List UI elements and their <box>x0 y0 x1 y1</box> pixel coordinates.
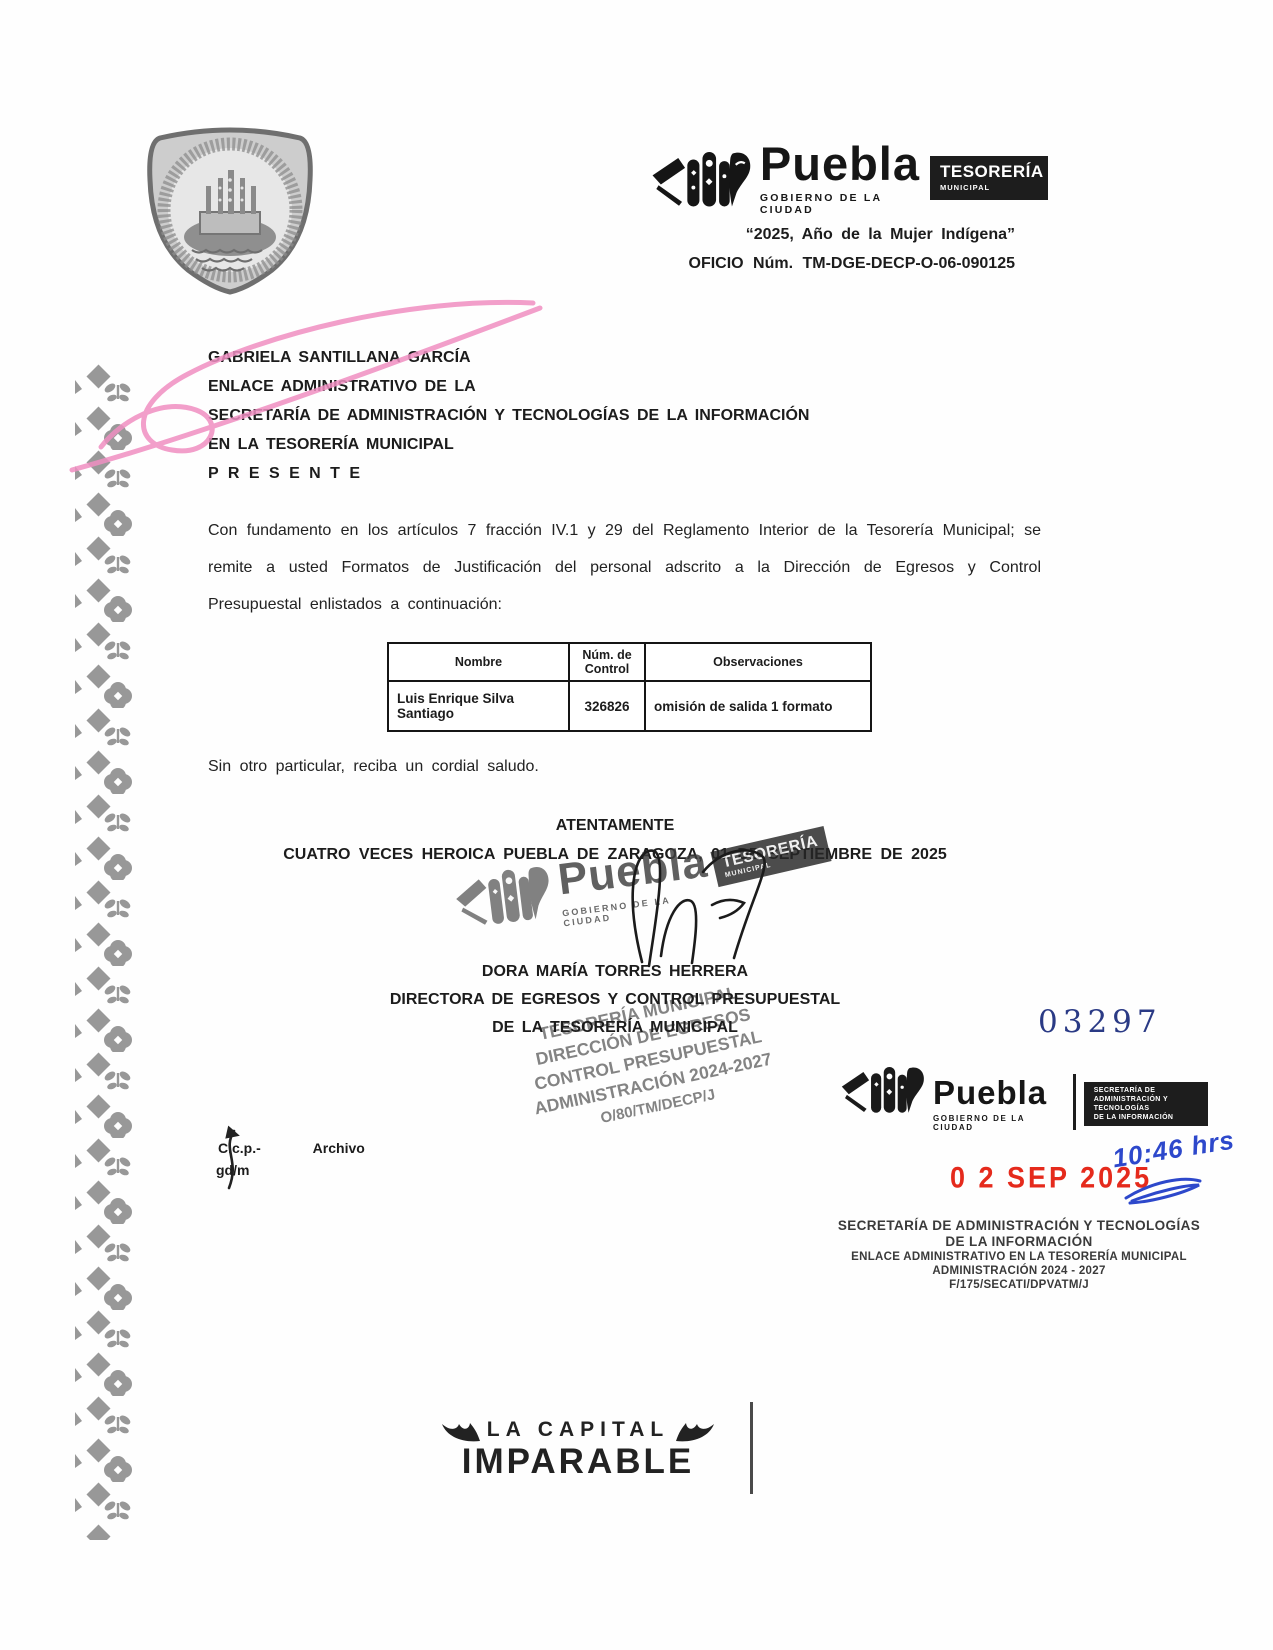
body-paragraph: Con fundamento en los artículos 7 fracci… <box>208 512 1041 623</box>
table-header-row: Nombre Núm. de Control Observaciones <box>388 643 871 681</box>
received-brand-wordmark: Puebla <box>933 1074 1065 1112</box>
cell-observaciones: omisión de salida 1 formato <box>645 681 871 731</box>
tesoreria-label: TESORERÍA <box>940 162 1038 182</box>
brand-wordmark: Puebla <box>760 138 920 190</box>
personnel-table: Nombre Núm. de Control Observaciones Lui… <box>387 642 872 732</box>
footer-line-2: IMPARABLE <box>428 1442 728 1482</box>
tesoreria-municipal-box: TESORERÍA MUNICIPAL <box>930 156 1048 200</box>
divider <box>1073 1074 1076 1130</box>
divider <box>750 1402 753 1494</box>
secati-line-3: ENLACE ADMINISTRATIVO EN LA TESORERÍA MU… <box>828 1250 1210 1264</box>
municipal-label: MUNICIPAL <box>940 183 1038 192</box>
stamp-tesoreria-box: TESORERÍA MUNICIPAL <box>711 826 832 887</box>
footer-line-1: LA CAPITAL <box>487 1418 669 1442</box>
header-brand-lockup: Puebla GOBIERNO DE LA CIUDAD TESORERÍA M… <box>648 138 1048 230</box>
recipient-name: GABRIELA SANTILLANA GARCÍA <box>208 343 809 372</box>
ccp-pen-mark <box>227 1128 237 1188</box>
folio-number: 03297 <box>1038 1004 1198 1040</box>
secati-line-2: DE LA INFORMACIÓN <box>828 1234 1210 1250</box>
ccp-initials: gd/m <box>216 1162 249 1178</box>
wing-icon <box>441 1416 481 1444</box>
cell-num-control: 326826 <box>569 681 645 731</box>
talavera-border-pattern-icon <box>72 364 136 1540</box>
ccp-line: C.c.p.- Archivo <box>218 1140 365 1156</box>
recipient-title-3: EN LA TESORERÍA MUNICIPAL <box>208 430 809 459</box>
secati-box: SECRETARÍA DE ADMINISTRACIÓN Y TECNOLOGÍ… <box>1084 1082 1208 1126</box>
recipient-title-1: ENLACE ADMINISTRATIVO DE LA <box>208 372 809 401</box>
puebla-skyline-icon <box>838 1060 927 1126</box>
atentamente-label: ATENTAMENTE <box>200 817 1030 835</box>
received-brand-tagline: GOBIERNO DE LA CIUDAD <box>933 1114 1065 1132</box>
ccp-value: Archivo <box>313 1140 365 1156</box>
recipient-title-2: SECRETARÍA DE ADMINISTRACIÓN Y TECNOLOGÍ… <box>208 401 809 430</box>
brand-tagline: GOBIERNO DE LA CIUDAD <box>760 192 920 216</box>
secati-box-line: ADMINISTRACIÓN Y TECNOLOGÍAS <box>1094 1095 1201 1113</box>
secati-line-5: F/175/SECATI/DPVATM/J <box>828 1278 1210 1292</box>
signer-role-2: DE LA TESORERÍA MUNICIPAL <box>300 1014 930 1042</box>
secati-text-block: SECRETARÍA DE ADMINISTRACIÓN Y TECNOLOGÍ… <box>828 1218 1210 1292</box>
secati-box-line: DE LA INFORMACIÓN <box>1094 1113 1201 1122</box>
table-row: Luis Enrique Silva Santiago 326826 omisi… <box>388 681 871 731</box>
year-quote: “2025, Año de la Mujer Indígena” <box>560 226 1015 244</box>
puebla-skyline-icon <box>648 138 754 228</box>
puebla-skyline-icon <box>448 856 559 946</box>
presente-label: P R E S E N T E <box>208 459 809 488</box>
header-observaciones: Observaciones <box>645 643 871 681</box>
secati-box-line: SECRETARÍA DE <box>1094 1086 1201 1095</box>
la-capital-imparable-logo: LA CAPITAL IMPARABLE <box>428 1416 728 1482</box>
signer-name: DORA MARÍA TORRES HERRERA <box>300 958 930 986</box>
signer-block: DORA MARÍA TORRES HERRERA DIRECTORA DE E… <box>300 958 930 1042</box>
scanned-letter-page: Puebla GOBIERNO DE LA CIUDAD TESORERÍA M… <box>0 0 1273 1650</box>
oficio-number: OFICIO Núm. TM-DGE-DECP-O-06-090125 <box>460 255 1015 273</box>
city-coat-of-arms-icon <box>140 120 320 298</box>
header-nombre: Nombre <box>388 643 569 681</box>
header-num-control: Núm. de Control <box>569 643 645 681</box>
ccp-label: C.c.p.- <box>218 1140 261 1156</box>
secati-line-4: ADMINISTRACIÓN 2024 - 2027 <box>828 1264 1210 1278</box>
cell-nombre: Luis Enrique Silva Santiago <box>388 681 569 731</box>
wing-icon <box>675 1416 715 1444</box>
recipient-block: GABRIELA SANTILLANA GARCÍA ENLACE ADMINI… <box>208 343 809 488</box>
secati-line-1: SECRETARÍA DE ADMINISTRACIÓN Y TECNOLOGÍ… <box>828 1218 1210 1234</box>
received-stamp: Puebla GOBIERNO DE LA CIUDAD SECRETARÍA … <box>838 1060 1208 1145</box>
signer-role-1: DIRECTORA DE EGRESOS Y CONTROL PRESUPUES… <box>300 986 930 1014</box>
closing-line: Sin otro particular, reciba un cordial s… <box>208 758 539 776</box>
